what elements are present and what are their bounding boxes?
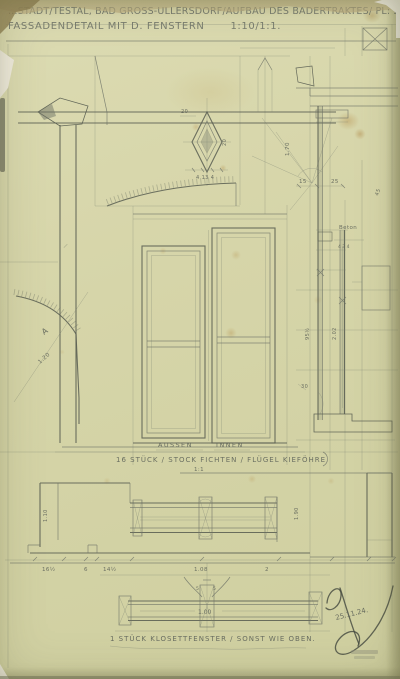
signature-date: 25.11.24.: [335, 606, 369, 622]
dim-5a: 5: [196, 586, 199, 592]
dim-190: 1.90: [294, 507, 300, 520]
label-aussen: AUSSEN: [158, 441, 193, 449]
dim-165: 16½: [42, 566, 56, 573]
dim-6: 6: [84, 567, 88, 573]
marker-a: A: [40, 326, 50, 337]
drawing-canvas: 4 13 4 20 20 A 1.20: [0, 0, 400, 679]
label-innen: INNEN: [216, 441, 244, 449]
caption-klosett-text: 1 STÜCK KLOSETTFENSTER / SONST WIE OBEN.: [110, 634, 316, 643]
dim-15: 15: [299, 179, 307, 185]
left-edge-streak: [0, 98, 5, 172]
stamp-mark: [351, 650, 378, 659]
dim-20a: 20: [181, 109, 188, 115]
plan-section: 1.90 1.10 16½ 6 14½ 1.08 2: [28, 473, 396, 573]
signature: 25.11.24.: [326, 586, 393, 654]
dim-25: 25: [331, 179, 339, 185]
dim-45: 45: [374, 188, 382, 197]
dim-4-3-4: 4 3 4: [338, 244, 350, 250]
window-labels: AUSSEN INNEN: [156, 441, 250, 450]
dim-20b: 20: [222, 139, 228, 146]
torn-edge-right: [396, 12, 400, 38]
drawing-sheet: …STADT/TESTAL, BAD GROSS-ULLERSDORF/AUFB…: [0, 0, 400, 679]
dim-108: 1.08: [194, 567, 208, 573]
dim-145: 14½: [103, 566, 117, 573]
dim-110: 1.10: [43, 509, 49, 522]
sill-section: [314, 414, 392, 432]
dim-95: 95½: [304, 328, 311, 340]
caption-windows-scale: 1:1: [194, 467, 204, 473]
window-elevation: [55, 214, 305, 452]
dim-120: 1.20: [37, 352, 51, 366]
dim-170: 1.70: [285, 142, 291, 156]
dim-202: 2.02: [332, 327, 338, 340]
caption-windows-text: 16 STÜCK / STOCK FICHTEN / FLÜGEL KIEFÖH…: [116, 455, 326, 464]
upper-arch: [95, 179, 240, 206]
dim-100: 1.00: [198, 609, 212, 616]
caption-windows: 16 STÜCK / STOCK FICHTEN / FLÜGEL KIEFÖH…: [116, 452, 328, 473]
label-beton: Beton: [339, 225, 357, 231]
title-rules: [6, 24, 396, 58]
dim-2: 2: [265, 567, 269, 573]
diamond-ornament: 4 13 4 20 20: [180, 98, 231, 186]
caption-klosett: 1 STÜCK KLOSETTFENSTER / SONST WIE OBEN.: [110, 634, 316, 649]
lower-arch: A 1.20: [14, 292, 88, 424]
klosett-section: 5 5 1.00: [100, 563, 330, 632]
